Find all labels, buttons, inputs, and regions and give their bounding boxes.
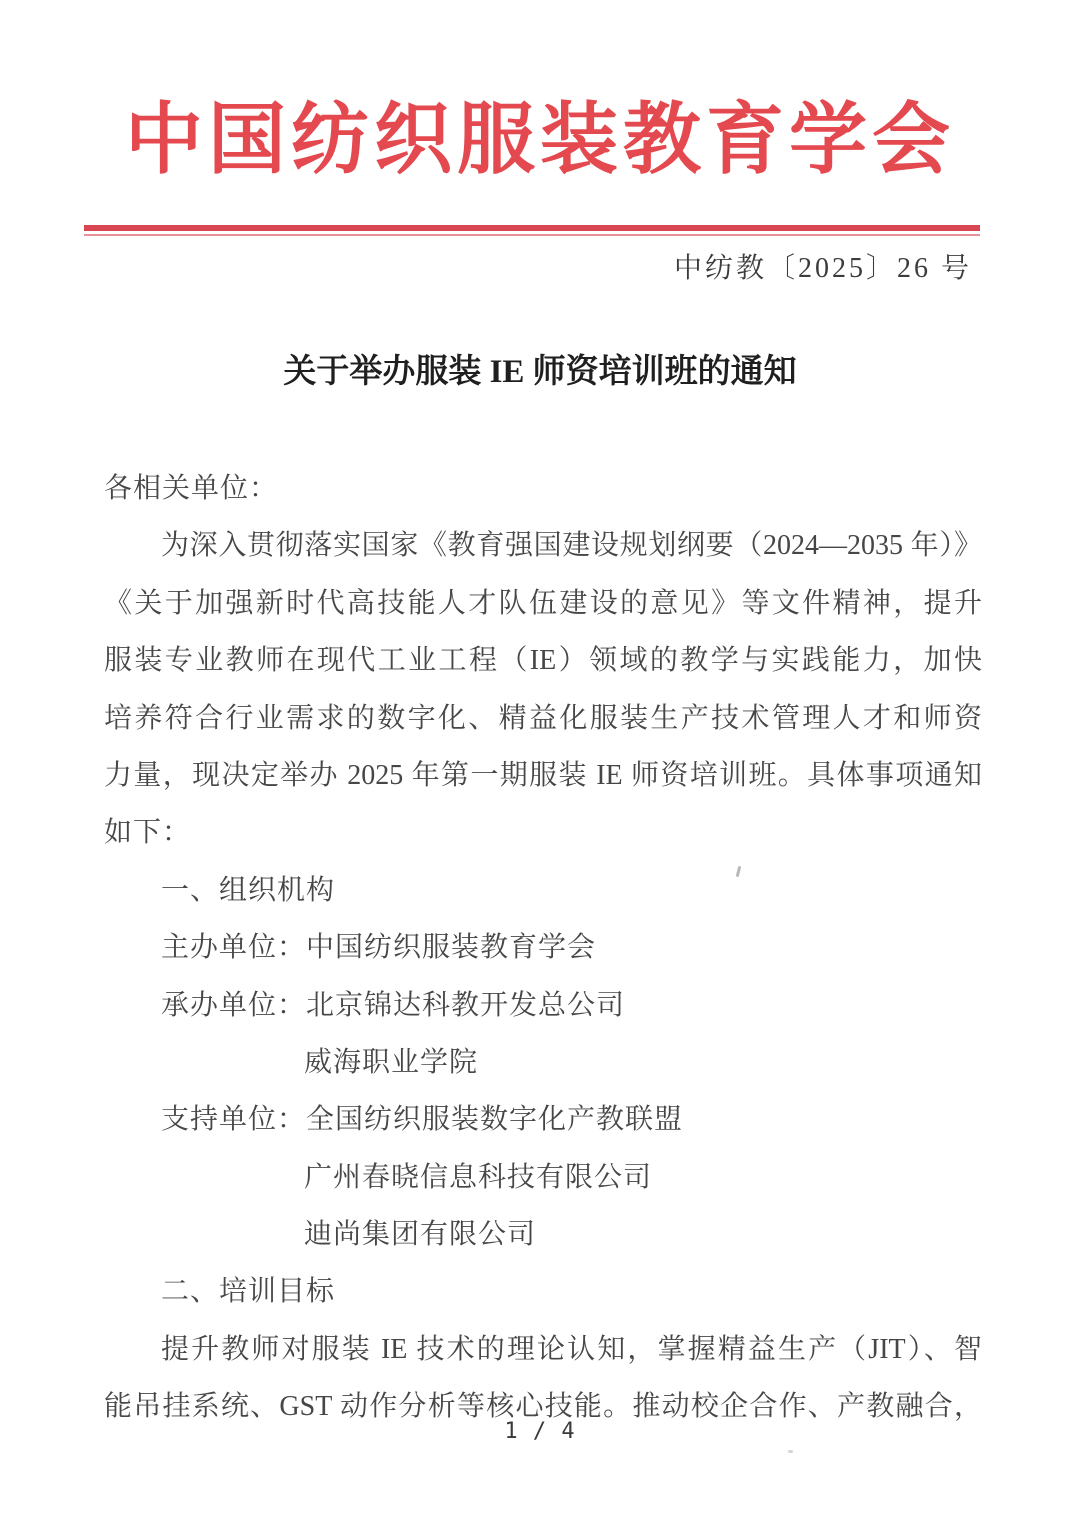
body-line: 服装专业教师在现代工业工程（IE）领域的教学与实践能力，加快 [104,632,982,689]
body-line: 如下： [104,804,982,861]
document-page: 中国纺织服装教育学会 中纺教〔2025〕26 号 关于举办服装 IE 师资培训班… [0,0,1080,1527]
body-line: 广州春晓信息科技有限公司 [104,1149,982,1206]
body-line: 提升教师对服装 IE 技术的理论认知，掌握精益生产（JIT）、智 [104,1321,982,1378]
letterhead-rule [84,225,980,236]
body-line: 一、组织机构 [104,862,982,919]
body-line: 为深入贯彻落实国家《教育强国建设规划纲要（2024—2035 年）》 [104,517,982,574]
body-line: 支持单位：全国纺织服装数字化产教联盟 [104,1091,982,1148]
org-name-header: 中国纺织服装教育学会 [0,88,1080,192]
body-line: 承办单位：北京锦达科教开发总公司 [104,977,982,1034]
scan-artifact [788,1450,793,1453]
body-line: 威海职业学院 [104,1034,982,1091]
body-line: 各相关单位： [104,460,982,517]
body-line: 力量，现决定举办 2025 年第一期服装 IE 师资培训班。具体事项通知 [104,747,982,804]
letterhead-rule-thin [84,234,980,236]
body-line: 二、培训目标 [104,1263,982,1320]
document-body: 各相关单位：为深入贯彻落实国家《教育强国建设规划纲要（2024—2035 年）》… [104,460,982,1436]
body-line: 培养符合行业需求的数字化、精益化服装生产技术管理人才和师资 [104,690,982,747]
body-line: 主办单位：中国纺织服装教育学会 [104,919,982,976]
page-number: 1 / 4 [0,1419,1080,1445]
document-title: 关于举办服装 IE 师资培训班的通知 [0,348,1080,396]
body-line: 《关于加强新时代高技能人才队伍建设的意见》等文件精神，提升 [104,575,982,632]
body-line: 迪尚集团有限公司 [104,1206,982,1263]
doc-number: 中纺教〔2025〕26 号 [674,252,972,286]
